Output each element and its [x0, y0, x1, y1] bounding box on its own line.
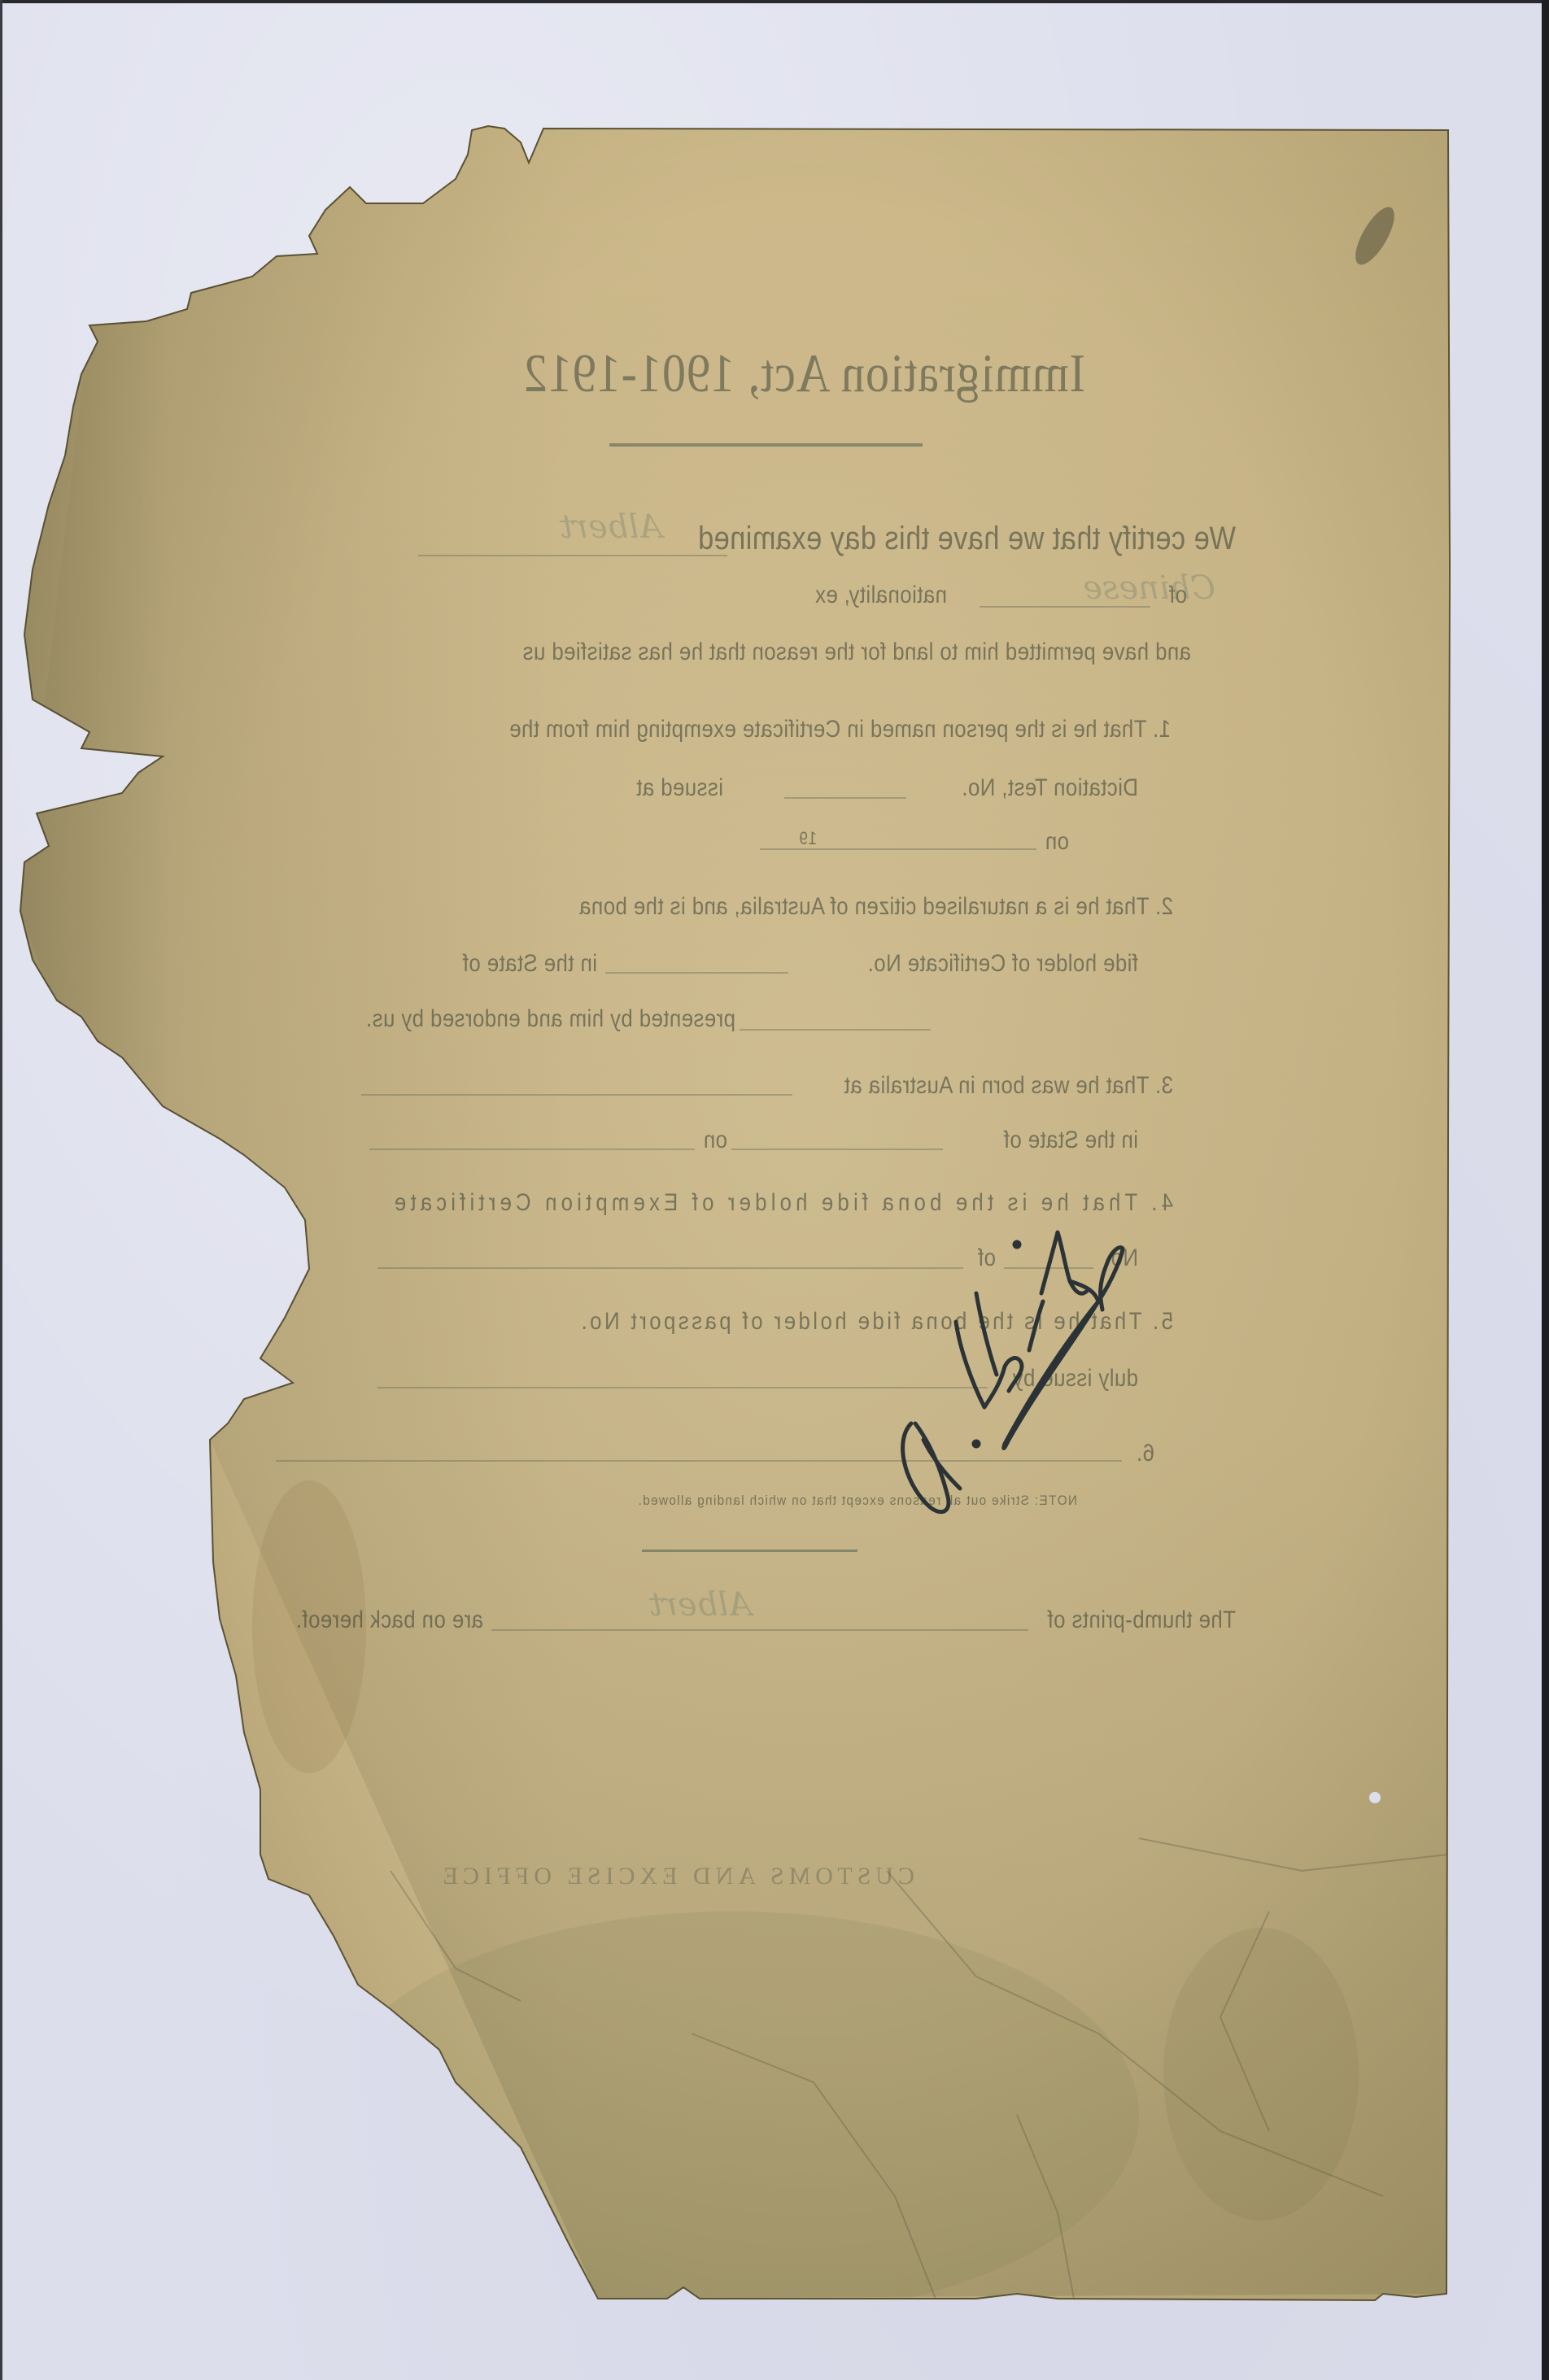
document-sheet: [0, 0, 1549, 2380]
scan-right-edge: [1542, 0, 1549, 2380]
